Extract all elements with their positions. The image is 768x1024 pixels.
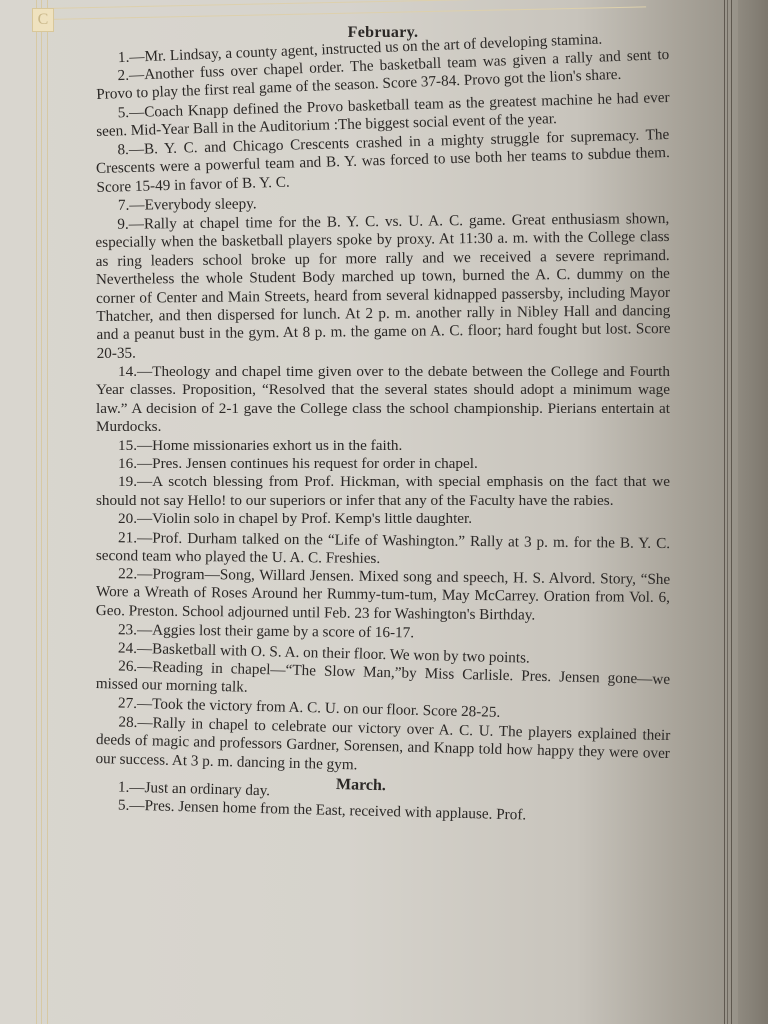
entry-feb-19: 19.—A scotch blessing from Prof. Hickman… [96, 473, 670, 510]
entry-feb-9: 9.—Rally at chapel time for the B. Y. C.… [95, 210, 671, 363]
page-content: February. 1.—Mr. Lindsay, a county agent… [96, 20, 670, 815]
page-border-left [36, 0, 48, 1024]
page-border-right [724, 0, 732, 1024]
section-march: March. 1.—Just an ordinary day. 5.—Pres.… [96, 778, 670, 815]
corner-ornament: C [32, 8, 54, 32]
entry-feb-16: 16.—Pres. Jensen continues his request f… [96, 455, 670, 473]
entry-feb-20: 20.—Violin solo in chapel by Prof. Kemp'… [96, 510, 670, 528]
book-gutter-shadow [738, 0, 768, 1024]
entry-feb-15: 15.—Home missionaries exhort us in the f… [96, 437, 670, 455]
page-border-top [46, 0, 646, 20]
entry-feb-14: 14.—Theology and chapel time given over … [96, 363, 670, 437]
entry-feb-22: 22.—Program—Song, Willard Jensen. Mixed … [96, 565, 671, 626]
